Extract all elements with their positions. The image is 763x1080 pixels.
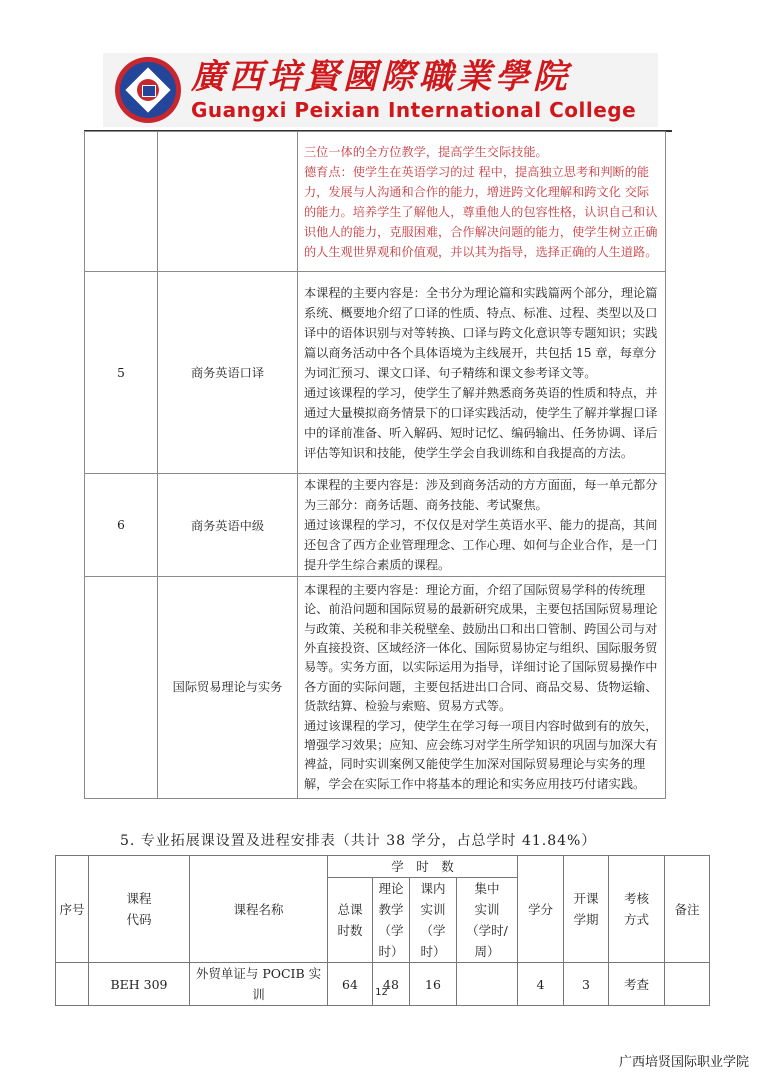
table-row: 国际贸易理论与实务 本课程的主要内容是：理论方面，介绍了国际贸易学科的传统理论、… <box>85 577 666 799</box>
course-name: 国际贸易理论与实务 <box>158 577 298 799</box>
course-schedule-table: 序号 课程 代码 课程名称 学 时 数 学分 开课 学期 考核 方式 备注 总课… <box>55 855 710 1006</box>
course-description-table: 三位一体的全方位教学，提高学生交际技能。 德育点：使学生在英语学习的过 程中，提… <box>84 131 666 799</box>
college-name-en: Guangxi Peixian International College <box>191 100 636 120</box>
table-row: 三位一体的全方位教学，提高学生交际技能。 德育点：使学生在英语学习的过 程中，提… <box>85 132 666 272</box>
course-name: 商务英语口译 <box>158 272 298 474</box>
section-heading: 5. 专业拓展课设置及进程安排表（共计 38 学分，占总学时 41.84%） <box>120 830 596 850</box>
cell-assessment: 考查 <box>609 963 665 1006</box>
header-row: 序号 课程 代码 课程名称 学 时 数 学分 开课 学期 考核 方式 备注 <box>56 856 710 878</box>
header-course-code: 课程 代码 <box>89 856 190 963</box>
course-description: 三位一体的全方位教学，提高学生交际技能。 德育点：使学生在英语学习的过 程中，提… <box>298 132 666 272</box>
college-banner: 廣西培賢國際職業學院 Guangxi Peixian International… <box>103 53 658 127</box>
header-hours-group: 学 时 数 <box>328 856 518 878</box>
cell-seq <box>56 963 89 1006</box>
course-number <box>85 577 158 799</box>
course-description: 本课程的主要内容是：理论方面，介绍了国际贸易学科的传统理论、前沿问题和国际贸易的… <box>298 577 666 799</box>
cell-course-name: 外贸单证与 POCIB 实训 <box>190 963 328 1006</box>
description-paragraph: 德育点：使学生在英语学习的过 程中，提高独立思考和判断的能力，发展与人沟通和合作… <box>304 162 659 262</box>
footer-college-name: 广西培贤国际职业学院 <box>619 1051 749 1070</box>
cell-credits: 4 <box>518 963 564 1006</box>
header-theory-hours: 理论 教学 （学 时） <box>373 878 410 963</box>
description-paragraph: 通过该课程的学习，不仅仅是对学生英语水平、能力的提高，其间还包含了西方企业管理理… <box>304 515 659 575</box>
course-number: 6 <box>85 474 158 577</box>
header-credits: 学分 <box>518 856 564 963</box>
course-number <box>85 132 158 272</box>
table-row: BEH 309 外贸单证与 POCIB 实训 64 48 16 4 3 考查 <box>56 963 710 1006</box>
table-row: 6 商务英语中级 本课程的主要内容是：涉及到商务活动的方方面面，每一单元都分为三… <box>85 474 666 577</box>
course-name <box>158 132 298 272</box>
cell-semester: 3 <box>564 963 609 1006</box>
page-number: 12 <box>0 987 763 998</box>
cell-remarks <box>665 963 710 1006</box>
header-seq: 序号 <box>56 856 89 963</box>
table-row: 5 商务英语口译 本课程的主要内容是：全书分为理论篇和实践篇两个部分，理论篇系统… <box>85 272 666 474</box>
course-description: 本课程的主要内容是：全书分为理论篇和实践篇两个部分，理论篇系统、概要地介绍了口译… <box>298 272 666 474</box>
cell-inclass-practice: 16 <box>410 963 457 1006</box>
cell-total-hours: 64 <box>328 963 373 1006</box>
description-paragraph: 本课程的主要内容是：全书分为理论篇和实践篇两个部分，理论篇系统、概要地介绍了口译… <box>304 283 659 383</box>
cell-course-code: BEH 309 <box>89 963 190 1006</box>
header-semester: 开课 学期 <box>564 856 609 963</box>
description-paragraph: 本课程的主要内容是：涉及到商务活动的方方面面，每一单元都分为三部分：商务话题、商… <box>304 475 659 515</box>
header-inclass-practice: 课内 实训 （学 时） <box>410 878 457 963</box>
header-remarks: 备注 <box>665 856 710 963</box>
header-concentrated-practice: 集中 实训 （学时/ 周） <box>457 878 518 963</box>
description-paragraph: 通过该课程的学习，使学生了解并熟悉商务英语的性质和特点，并通过大量模拟商务情景下… <box>304 383 659 463</box>
header-assessment: 考核 方式 <box>609 856 665 963</box>
course-name: 商务英语中级 <box>158 474 298 577</box>
cell-concentrated-practice <box>457 963 518 1006</box>
header-total-hours: 总课 时数 <box>328 878 373 963</box>
course-description: 本课程的主要内容是：涉及到商务活动的方方面面，每一单元都分为三部分：商务话题、商… <box>298 474 666 577</box>
college-name-cn: 廣西培賢國際職業學院 <box>191 60 636 94</box>
cell-theory-hours: 48 <box>373 963 410 1006</box>
course-number: 5 <box>85 272 158 474</box>
description-paragraph: 通过该课程的学习，使学生在学习每一项目内容时做到有的放矢，增强学习效果；应知、应… <box>304 717 659 795</box>
header-course-name: 课程名称 <box>190 856 328 963</box>
college-emblem-icon <box>115 57 181 123</box>
description-paragraph: 本课程的主要内容是：理论方面，介绍了国际贸易学科的传统理论、前沿问题和国际贸易的… <box>304 581 659 717</box>
description-paragraph: 三位一体的全方位教学，提高学生交际技能。 <box>304 142 659 162</box>
